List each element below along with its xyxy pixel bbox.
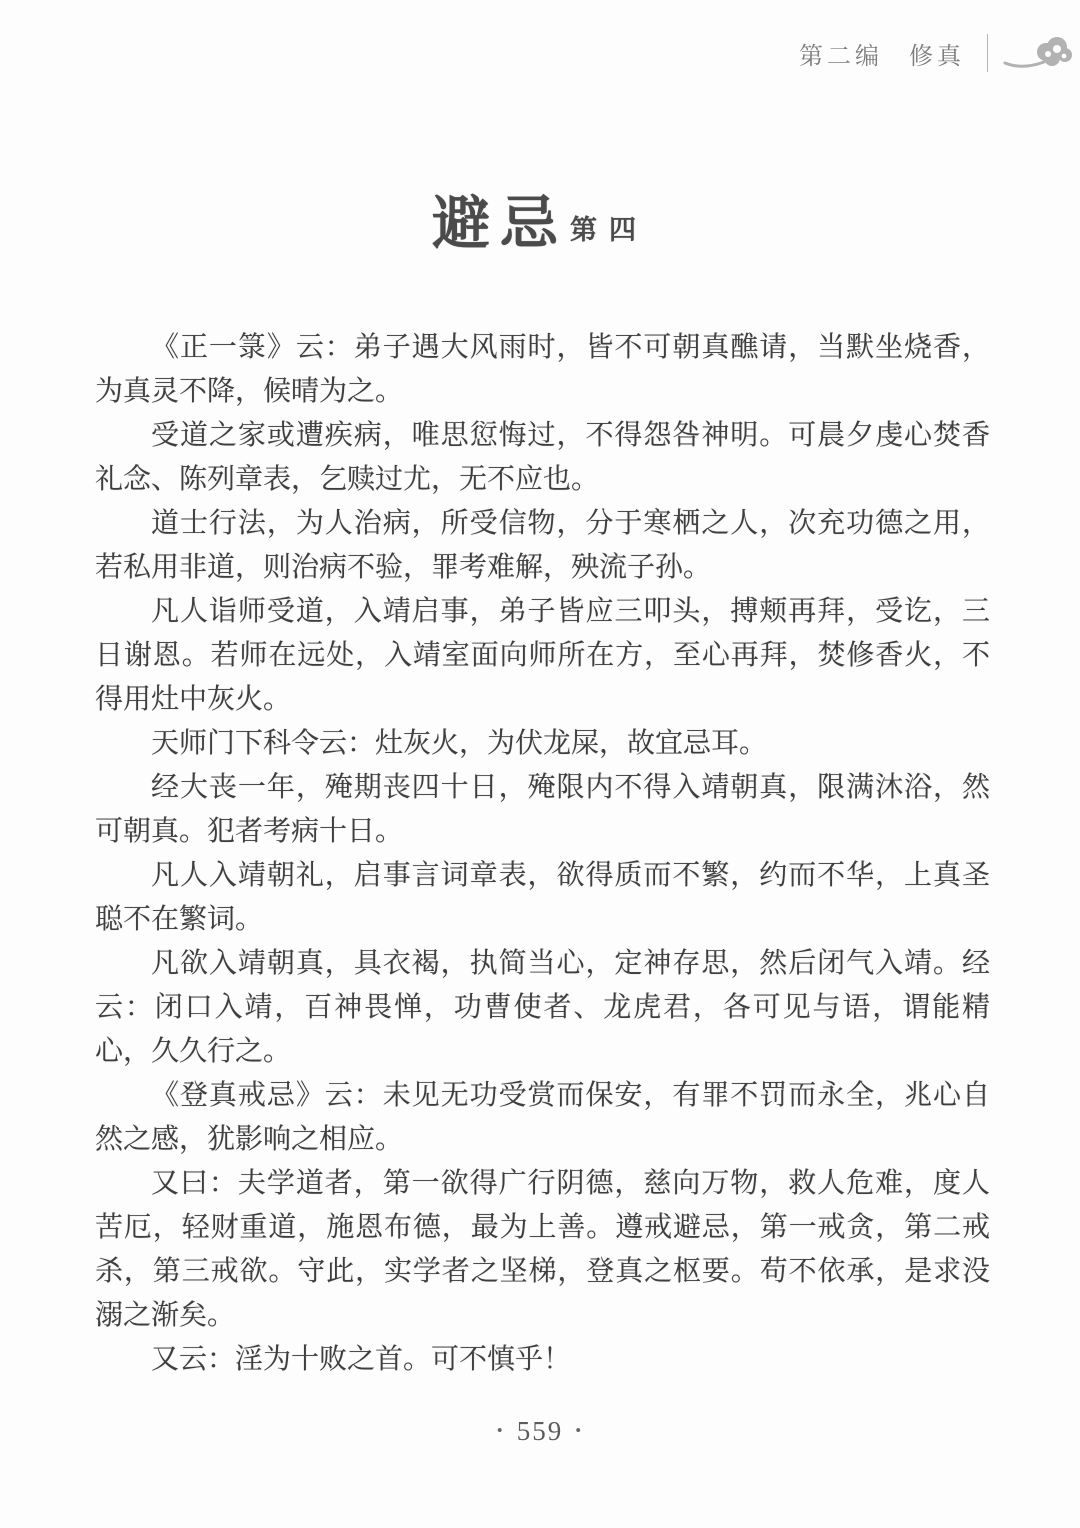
paragraph-10: 又曰：夫学道者，第一欲得广行阴德，慈向万物，救人危难，度人苦厄，轻财重道，施恩布… xyxy=(95,1162,990,1338)
paragraph-6: 经大丧一年，殗期丧四十日，殗限内不得入靖朝真，限满沐浴，然可朝真。犯者考病十日。 xyxy=(95,766,990,854)
folio-right-dot: • xyxy=(563,1421,595,1440)
header-section-label: 第二编 xyxy=(799,36,883,71)
paragraph-5: 天师门下科令云：灶灰火，为伏龙屎，故宜忌耳。 xyxy=(95,722,990,766)
chapter-title-main: 避忌 xyxy=(432,191,568,256)
paragraph-2: 受道之家或遭疾病，唯思愆悔过，不得怨咎神明。可晨夕虔心焚香礼念、陈列章表，乞赎过… xyxy=(95,414,990,502)
cloud-icon xyxy=(1002,34,1072,72)
paragraph-9: 《登真戒忌》云：未见无功受赏而保安，有罪不罚而永全，兆心自然之感，犹影响之相应。 xyxy=(95,1074,990,1162)
body-text: 《正一箓》云：弟子遇大风雨时，皆不可朝真醮请，当默坐烧香，为真灵不降，候晴为之。… xyxy=(95,326,990,1382)
page-footer: •559• xyxy=(0,1416,1080,1447)
paragraph-4: 凡人诣师受道，入靖启事，弟子皆应三叩头，搏颊再拜，受讫，三日谢恩。若师在远处，入… xyxy=(95,590,990,722)
page-number: 559 xyxy=(517,1416,564,1446)
paragraph-7: 凡人入靖朝礼，启事言词章表，欲得质而不繁，约而不华，上真圣聪不在繁词。 xyxy=(95,854,990,942)
paragraph-11: 又云：淫为十败之首。可不慎乎！ xyxy=(95,1338,990,1382)
paragraph-8: 凡欲入靖朝真，具衣褐，执简当心，定神存思，然后闭气入靖。经云：闭口入靖，百神畏惮… xyxy=(95,942,990,1074)
chapter-title-sub: 第四 xyxy=(570,215,648,245)
folio-left-dot: • xyxy=(485,1421,517,1440)
header-divider xyxy=(987,34,988,72)
running-header: 第二编 修真 xyxy=(799,34,1072,72)
book-page: 第二编 修真 避忌第四 《正一箓》云：弟子遇大风雨时，皆不可朝真醮请，当默坐烧香… xyxy=(0,0,1080,1528)
paragraph-3: 道士行法，为人治病，所受信物，分于寒栖之人，次充功德之用，若私用非道，则治病不验… xyxy=(95,502,990,590)
chapter-title: 避忌第四 xyxy=(0,176,1080,260)
paragraph-1: 《正一箓》云：弟子遇大风雨时，皆不可朝真醮请，当默坐烧香，为真灵不降，候晴为之。 xyxy=(95,326,990,414)
header-chapter-label: 修真 xyxy=(909,36,965,71)
